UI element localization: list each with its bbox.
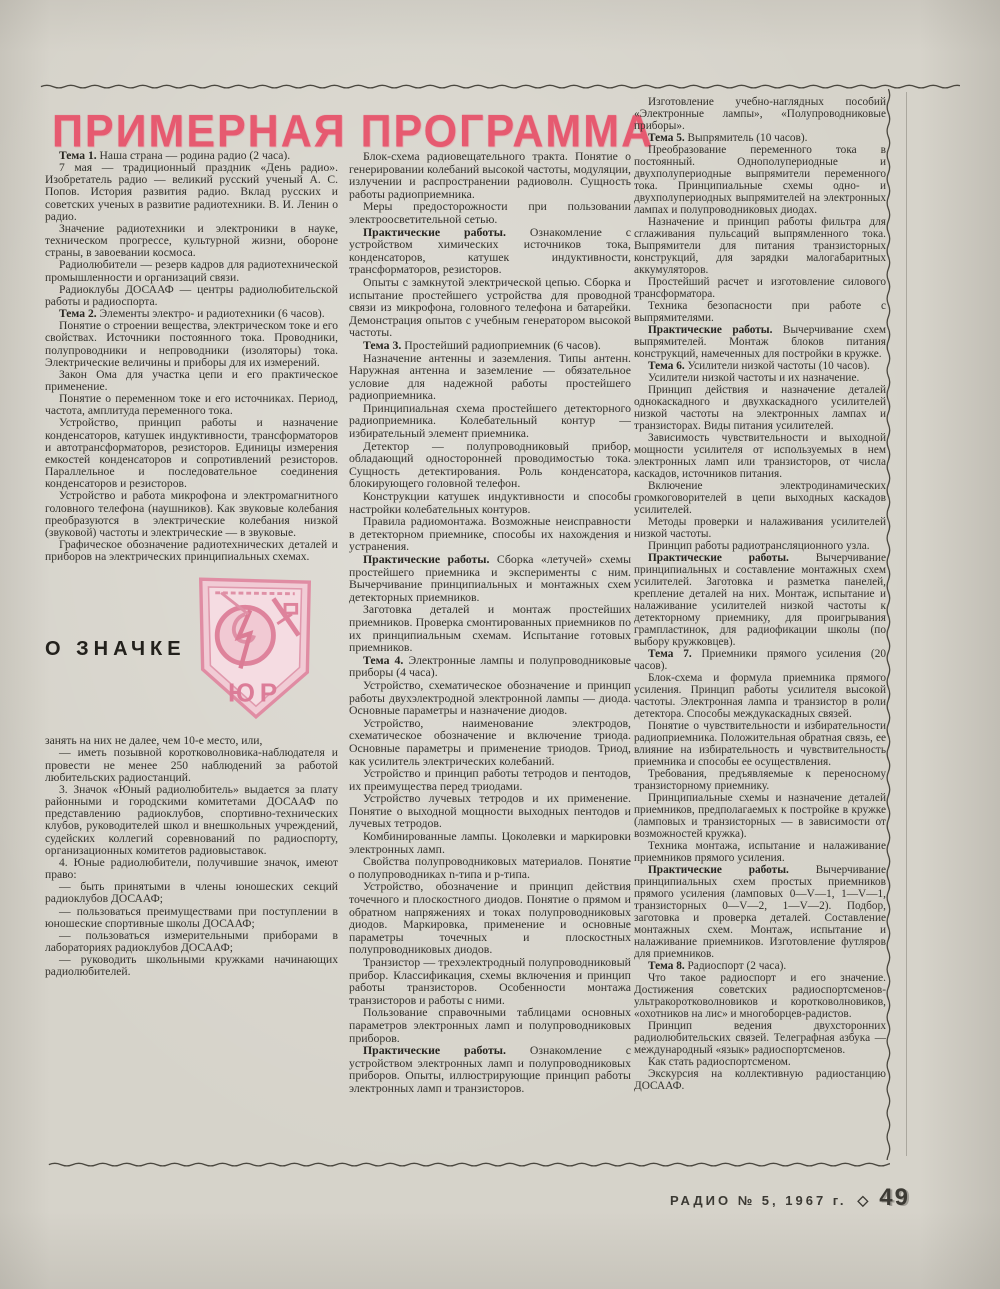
paragraph: — руководить школьными кружками начинающ…	[45, 954, 338, 978]
paragraph: Тема 5. Выпрямитель (10 часов).	[634, 132, 886, 144]
paragraph: Устройство, принцип работы и назначение …	[45, 417, 338, 490]
paragraph: Значение радиотехники и электроники в на…	[45, 223, 338, 259]
paragraph: Техника безопасности при работе с выпрям…	[634, 300, 886, 324]
paragraph: Свойства полупроводниковых материалов. П…	[349, 855, 631, 880]
paragraph: Меры предосторожности при пользовании эл…	[349, 200, 631, 225]
footer: РАДИО № 5, 1967 г. ◇ 49	[610, 1184, 910, 1212]
paragraph: — пользоваться измерительными приборами …	[45, 930, 338, 954]
paragraph: Правила радиомонтажа. Возможные неисправ…	[349, 515, 631, 553]
paragraph: Тема 8. Радиоспорт (2 часа).	[634, 960, 886, 972]
paragraph: Блок-схема и формула приемника прямого у…	[634, 672, 886, 720]
column-1: Тема 1. Наша страна — родина радио (2 ча…	[45, 150, 338, 1162]
paragraph: Устройство лучевых тетродов и их примене…	[349, 792, 631, 830]
paragraph: Устройство и принцип работы тетродов и п…	[349, 767, 631, 792]
paragraph: Принципиальная схема простейшего детекто…	[349, 402, 631, 440]
paragraph: 3. Значок «Юный радиолюбитель» выдается …	[45, 784, 338, 857]
paragraph: Назначение антенны и заземления. Типы ан…	[349, 352, 631, 402]
diamond-icon: ◇	[858, 1192, 869, 1209]
column-3: Изготовление учебно-наглядных пособий «Э…	[634, 96, 886, 1162]
paragraph: Пользование справочными таблицами основн…	[349, 1006, 631, 1044]
paragraph: Понятие о строении вещества, электрическ…	[45, 320, 338, 369]
paragraph: Практические работы. Вычерчивание схем в…	[634, 324, 886, 360]
paragraph: Понятие о чувствительности и избирательн…	[634, 720, 886, 768]
paragraph: Транзистор — трехэлектродный полупроводн…	[349, 956, 631, 1006]
paragraph: Тема 6. Усилители низкой частоты (10 час…	[634, 360, 886, 372]
paragraph: Простейший расчет и изготовление силовог…	[634, 276, 886, 300]
paragraph: Преобразование переменного тока в постоя…	[634, 144, 886, 216]
paragraph: Назначение и принцип работы фильтра для …	[634, 216, 886, 276]
paragraph: Заготовка деталей и монтаж простейших пр…	[349, 603, 631, 653]
column-3-text: Изготовление учебно-наглядных пособий «Э…	[634, 96, 886, 1092]
paragraph: Принцип работы радиотрансляционного узла…	[634, 540, 886, 552]
paragraph: Практические работы. Вычерчивание принци…	[634, 864, 886, 960]
paragraph: Изготовление учебно-наглядных пособий «Э…	[634, 96, 886, 132]
paragraph: — пользоваться преимуществами при поступ…	[45, 906, 338, 930]
paragraph: Практические работы. Ознакомление с устр…	[349, 226, 631, 276]
paragraph: Комбинированные лампы. Цоколевки и марки…	[349, 830, 631, 855]
paragraph: Как стать радиоспортсменом.	[634, 1056, 886, 1068]
page-number: 49	[879, 1184, 910, 1212]
paragraph: Усилители низкой частоты и их назначение…	[634, 372, 886, 384]
paragraph: Что такое радиоспорт и его значение. Дос…	[634, 972, 886, 1020]
paragraph: 4. Юные радиолюбители, получившие значок…	[45, 857, 338, 881]
paragraph: Зависимость чувствительности и выходной …	[634, 432, 886, 480]
column-1-top-text: Тема 1. Наша страна — родина радио (2 ча…	[45, 150, 338, 563]
paragraph: Радиоклубы ДОСААФ — центры радиолюбитель…	[45, 284, 338, 308]
paragraph: Устройство, наименование электродов, схе…	[349, 717, 631, 767]
column-2: Блок-схема радиовещательного тракта. Пон…	[349, 150, 631, 1162]
paragraph: Детектор — полупроводниковый прибор, обл…	[349, 440, 631, 490]
column-1-bottom-text: занять на них не далее, чем 10-е место, …	[45, 735, 338, 978]
paragraph: Принцип ведения двухсторонних радиолюбит…	[634, 1020, 886, 1056]
paragraph: Устройство, обозначение и принцип действ…	[349, 880, 631, 956]
paragraph: Практические работы. Вычерчивание принци…	[634, 552, 886, 648]
paragraph: Тема 4. Электронные лампы и полупроводни…	[349, 654, 631, 679]
paragraph: Конструкции катушек индуктивности и спос…	[349, 490, 631, 515]
svg-text:ЮР: ЮР	[228, 678, 282, 708]
journal-title: РАДИО № 5, 1967 г.	[670, 1193, 847, 1208]
column-2-text: Блок-схема радиовещательного тракта. Пон…	[349, 150, 631, 1095]
paragraph: Устройство и работа микрофона и электром…	[45, 490, 338, 539]
paragraph: Включение электродинамических громкогово…	[634, 480, 886, 516]
paragraph: Требования, предъявляемые к переносному …	[634, 768, 886, 792]
wavy-rule-top	[40, 84, 960, 90]
paragraph: Принципиальные схемы и назначение детале…	[634, 792, 886, 840]
young-radio-amateur-badge-icon: ЮР	[192, 571, 318, 727]
paragraph: Принцип действия и назначение деталей од…	[634, 384, 886, 432]
paragraph: Практические работы. Сборка «летучей» сх…	[349, 553, 631, 603]
paragraph: Методы проверки и налаживания усилителей…	[634, 516, 886, 540]
paragraph: Устройство, схематическое обозначение и …	[349, 679, 631, 717]
paragraph: Понятие о переменном токе и его источник…	[45, 393, 338, 417]
paragraph: Практические работы. Ознакомление с устр…	[349, 1044, 631, 1094]
page-edge-line	[906, 92, 907, 1156]
paragraph: Опыты с замкнутой электрической цепью. С…	[349, 276, 631, 339]
paragraph: Техника монтажа, испытание и налаживание…	[634, 840, 886, 864]
paragraph: 7 мая — традиционный праздник «День ради…	[45, 162, 338, 223]
paragraph: Экскурсия на коллективную радиостанцию Д…	[634, 1068, 886, 1092]
paragraph: Блок-схема радиовещательного тракта. Пон…	[349, 150, 631, 200]
paragraph: Радиолюбители — резерв кадров для радиот…	[45, 259, 338, 283]
paragraph: — иметь позывной коротковолновика-наблюд…	[45, 747, 338, 783]
badge-section: О ЗНАЧКЕ ЮР	[45, 565, 338, 733]
badge-section-heading: О ЗНАЧКЕ	[45, 643, 192, 655]
paragraph: Закон Ома для участка цепи и его практич…	[45, 369, 338, 393]
paragraph: — быть принятыми в члены юношеских секци…	[45, 881, 338, 905]
paragraph: Тема 3. Простейший радиоприемник (6 часо…	[349, 339, 631, 352]
wavy-rule-bottom	[48, 1162, 890, 1168]
paragraph: Тема 7. Приемники прямого усиления (20 ч…	[634, 648, 886, 672]
paragraph: Графическое обозначение радиотехнических…	[45, 539, 338, 563]
